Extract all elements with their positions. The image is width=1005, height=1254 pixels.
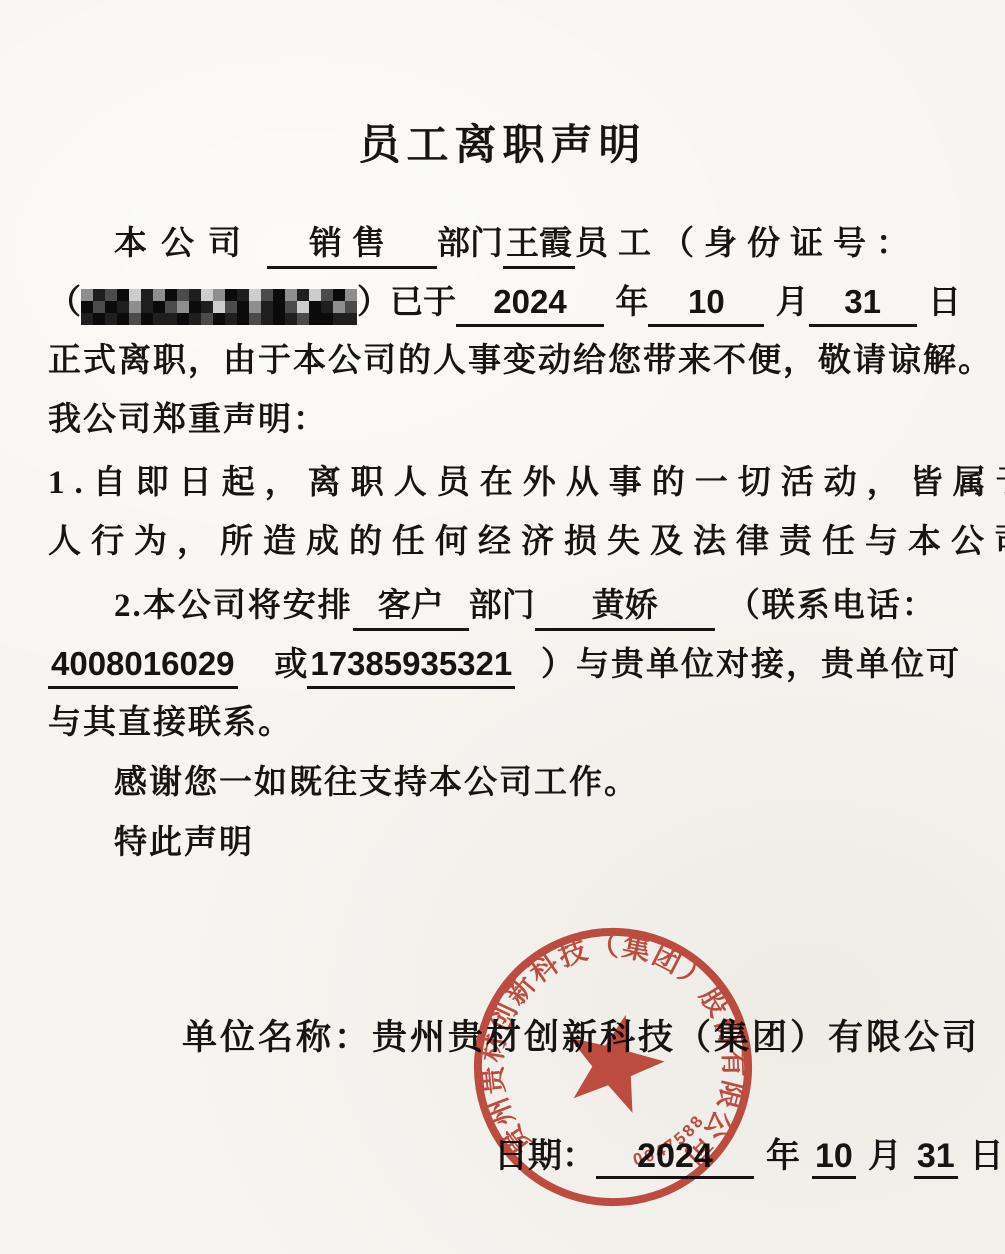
thanks-line: 感谢您一如既往支持本公司工作。 bbox=[48, 761, 961, 805]
employee-name: 王霞 bbox=[503, 222, 575, 269]
thanks-text: 感谢您一如既往支持本公司工作。 bbox=[114, 761, 639, 805]
company-name-label: 单位名称： bbox=[182, 1018, 372, 1057]
date-day-unit: 日 bbox=[970, 1128, 1004, 1177]
contact-department-value: 客户 bbox=[378, 584, 444, 628]
document-title: 员工离职声明 bbox=[0, 112, 1005, 172]
date-blank-year: 2024 bbox=[596, 1137, 754, 1179]
or-text: 或 bbox=[274, 643, 307, 687]
dept-label-2: 部门 bbox=[469, 584, 535, 628]
year-value: 2024 bbox=[493, 280, 566, 324]
blank-day: 31 bbox=[809, 280, 917, 327]
phone-number-1: 4008016029 bbox=[48, 642, 238, 689]
item1-text2: 人行为，所造成的任何经济损失及法律责任与本公司无关； bbox=[48, 520, 1005, 564]
month-value: 10 bbox=[688, 280, 725, 324]
para1-line3: 正式离职，由于本公司的人事变动给您带来不便，敬请谅解。 bbox=[48, 339, 961, 383]
id-redaction-mosaic bbox=[81, 289, 357, 325]
blank-month: 10 bbox=[648, 280, 764, 327]
closing-line: 特此声明 bbox=[48, 821, 961, 865]
resignation-document: 员工离职声明 本公司 销售 部门 王霞 员工（身份证号： （ ）已于 2024 … bbox=[0, 0, 1005, 1254]
date-month-value: 10 bbox=[812, 1137, 856, 1179]
date-line: 日期： 2024 年 10 月 31 日 bbox=[494, 1128, 1004, 1179]
department-value: 销售 bbox=[309, 222, 395, 266]
item2-prefix: 2.本公司将安排 bbox=[114, 584, 353, 628]
contact-name-value: 黄娇 bbox=[592, 584, 658, 628]
company-name-line: 单位名称：贵州贵材创新科技（集团）有限公司 bbox=[182, 1010, 980, 1060]
dept-label: 部门 bbox=[437, 222, 503, 266]
item1-text1: 1.自即日起，离职人员在外从事的一切活动，皆属于个 bbox=[48, 461, 1005, 505]
company-name-value: 贵州贵材创新科技（集团）有限公司 bbox=[372, 1018, 980, 1057]
para1-line1: 本公司 销售 部门 王霞 员工（身份证号： bbox=[48, 222, 961, 269]
date-year-unit: 年 bbox=[766, 1128, 800, 1177]
item2-line2: 4008016029 或 17385935321 ）与贵单位对接，贵单位可 bbox=[48, 642, 961, 689]
item2-line1: 2.本公司将安排 客户 部门 黄娇 （联系电话： bbox=[48, 584, 961, 631]
phone-label: （联系电话： bbox=[727, 584, 937, 628]
company-prefix: 本公司 bbox=[114, 222, 255, 266]
day-value: 31 bbox=[844, 280, 881, 324]
date-day-value: 31 bbox=[914, 1137, 958, 1179]
blank-contact-name: 黄娇 bbox=[535, 584, 715, 631]
blank-department-1: 销售 bbox=[267, 222, 437, 269]
open-paren: （ bbox=[48, 281, 81, 325]
month-unit: 月 bbox=[776, 281, 809, 325]
item2-line3: 与其直接联系。 bbox=[48, 701, 961, 745]
close-paren-text: ）已于 bbox=[357, 281, 456, 325]
item2-post-text: ）与贵单位对接，贵单位可 bbox=[541, 643, 961, 687]
blank-department-2: 客户 bbox=[353, 584, 469, 631]
para1-line4: 我公司郑重声明： bbox=[48, 398, 961, 442]
item1-line2: 人行为，所造成的任何经济损失及法律责任与本公司无关； bbox=[48, 520, 961, 564]
blank-year: 2024 bbox=[456, 280, 604, 327]
closing-text: 特此声明 bbox=[114, 821, 254, 865]
item1-line1: 1.自即日起，离职人员在外从事的一切活动，皆属于个 bbox=[48, 461, 961, 505]
day-unit: 日 bbox=[928, 281, 961, 325]
id-label: 员工（身份证号： bbox=[575, 222, 919, 266]
para1-line2: （ ）已于 2024 年 10 月 31 日 bbox=[48, 280, 961, 327]
year-unit: 年 bbox=[615, 281, 648, 325]
date-year-value: 2024 bbox=[637, 1137, 713, 1176]
date-label: 日期： bbox=[494, 1128, 596, 1177]
phone-number-2: 17385935321 bbox=[307, 642, 515, 689]
date-month-unit: 月 bbox=[868, 1128, 902, 1177]
